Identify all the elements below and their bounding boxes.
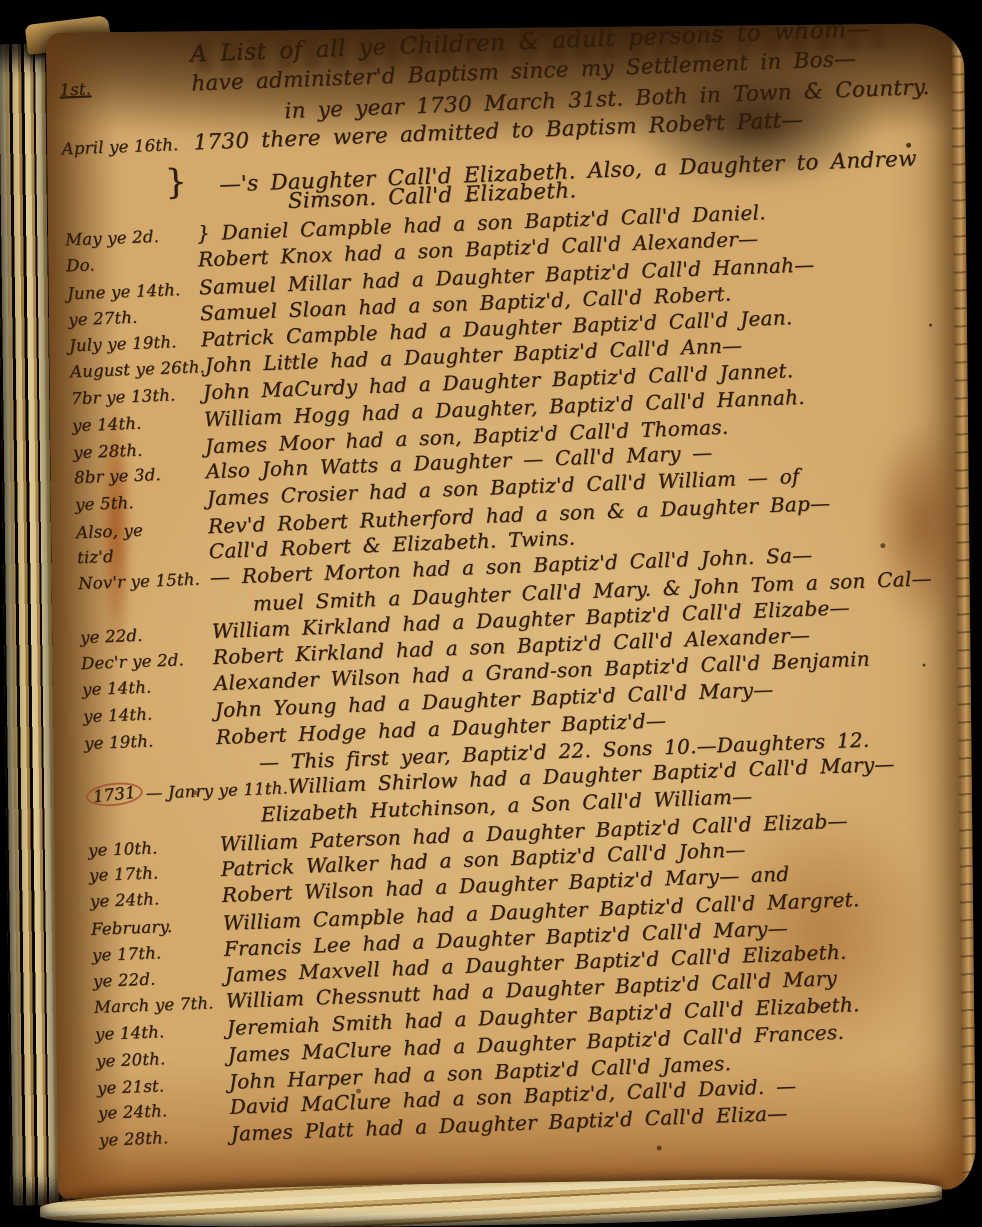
entry-date-margin: tiz'd [61, 543, 210, 568]
register-content: A List of all ye Children & adult person… [46, 23, 976, 1168]
entry-date-margin [46, 62, 191, 68]
entry-date-margin: August ye 26th. [54, 357, 206, 382]
entry-date-margin: ye 17th. [76, 940, 225, 965]
entry-date-margin: April ye 16th. [46, 135, 194, 160]
circled-year: 1731 [85, 779, 144, 808]
entry-date-margin: ye 10th. [72, 836, 221, 861]
entry-date-margin: ye 28th. [83, 1126, 232, 1151]
entry-date-margin: ye 24th. [82, 1098, 231, 1123]
entry-date-margin: July ye 19th. [53, 331, 202, 356]
entry-date-margin: 8br ye 3d. [58, 463, 207, 488]
entry-date-margin: ye 22d. [77, 967, 226, 992]
entry-date-margin: ye 22d. [64, 623, 213, 648]
entry-date-margin: ye 14th. [79, 1020, 228, 1045]
manuscript-page: A List of all ye Children & adult person… [46, 23, 976, 1199]
entry-date-margin: Also, ye [60, 518, 209, 543]
entry-date-margin: ye 20th. [80, 1046, 229, 1071]
entry-date-margin-text: — Janry ye 11th. [145, 778, 288, 802]
entry-date-margin: Nov'r ye 15th. [62, 569, 211, 594]
entry-date-margin: 1st. [46, 76, 192, 101]
entry-date-margin: May ye 2d. [49, 225, 198, 250]
entry-date-margin: 7br ye 13th. [55, 384, 204, 409]
entry-date-margin: Do. [50, 251, 199, 276]
ink-specks [46, 33, 49, 36]
entry-date-margin: ye 19th. [68, 729, 217, 754]
entry-date-margin: March ye 7th. [78, 992, 227, 1017]
entry-date-margin: Dec'r ye 2d. [65, 649, 214, 674]
entry-date-margin: June ye 14th. [51, 279, 200, 304]
entry-date-margin [46, 122, 193, 128]
entry-date-margin: ye 14th. [67, 702, 216, 727]
entry-date-margin: ye 17th. [73, 861, 222, 886]
entry-date-margin: ye 14th. [56, 411, 205, 436]
entry-date-margin [48, 211, 196, 217]
entry-date-margin: ye 27th. [52, 305, 201, 330]
manuscript-book: A List of all ye Children & adult person… [0, 0, 982, 1227]
entry-date-margin: February. [75, 915, 224, 940]
entry-date-margin [69, 771, 217, 777]
entry-date-margin: ye 14th. [66, 675, 215, 700]
entry-date-margin: ye 5th. [59, 490, 208, 515]
entry-date-margin [63, 612, 211, 618]
photo-background: { "document": { "description": "Handwrit… [0, 0, 982, 1227]
entry-date-margin [71, 823, 219, 829]
entry-date-margin: ye 24th. [74, 886, 223, 911]
